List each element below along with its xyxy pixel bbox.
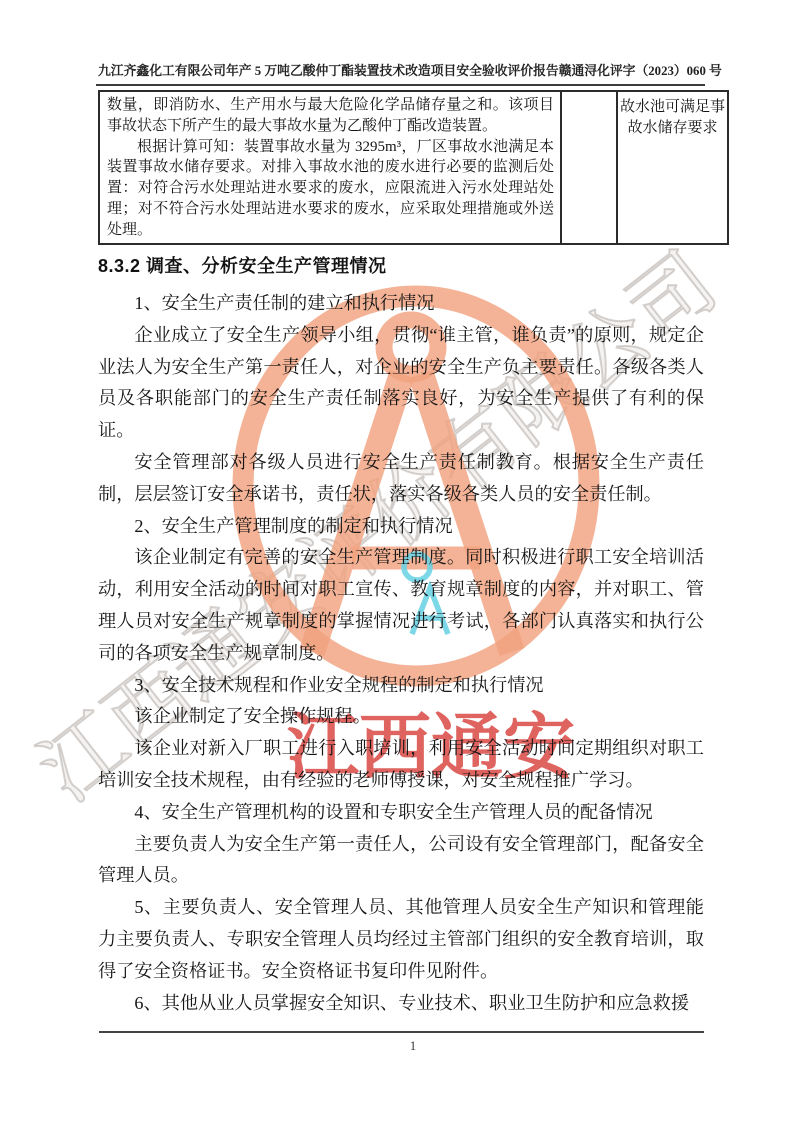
table-text-cell: 数量，即消防水、生产用水与最大危险化学品储存量之和。该项目事故状态下所产生的最大… <box>99 91 561 244</box>
section-heading: 8.3.2 调查、分析安全生产管理情况 <box>98 252 704 278</box>
body-paragraph: 4、安全生产管理机构的设置和专职安全生产管理人员的配备情况 <box>98 797 704 829</box>
body-paragraph: 该企业对新入厂职工进行入职培训，利用安全活动时间定期组织对职工培训安全技术规程，… <box>98 733 704 797</box>
body-text: 1、安全生产责任制的建立和执行情况 企业成立了安全生产领导小组，贯彻“谁主管，谁… <box>98 288 704 1019</box>
table-paragraph: 根据计算可知：装置事故水量为 3295m³，厂区事故水池满足本装置事故水储存要求… <box>107 137 554 241</box>
page-header: 九江齐鑫化工有限公司年产 5 万吨乙酸仲丁酯装置技术改造项目安全验收评价报告 赣… <box>98 60 704 79</box>
body-paragraph: 1、安全生产责任制的建立和执行情况 <box>98 288 704 320</box>
body-paragraph: 5、主要负责人、安全管理人员、其他管理人员安全生产知识和管理能力主要负责人、专职… <box>98 892 704 987</box>
table-conclusion-cell: 故水池可满足事故水储存要求 <box>617 91 728 244</box>
table-row: 数量，即消防水、生产用水与最大危险化学品储存量之和。该项目事故状态下所产生的最大… <box>99 91 728 244</box>
continuation-table: 数量，即消防水、生产用水与最大危险化学品储存量之和。该项目事故状态下所产生的最大… <box>98 90 729 245</box>
document-page: 江西通安评价有限公司 江西通安 九江齐鑫化工有限公司年产 5 万吨乙酸仲丁酯装置… <box>0 0 800 1131</box>
page-content: 九江齐鑫化工有限公司年产 5 万吨乙酸仲丁酯装置技术改造项目安全验收评价报告 赣… <box>0 0 800 1131</box>
body-paragraph: 2、安全生产管理制度的制定和执行情况 <box>98 511 704 543</box>
body-paragraph: 该企业制定有完善的安全生产管理制度。同时积极进行职工安全培训活动，利用安全活动的… <box>98 542 704 669</box>
footer-rule <box>99 1031 704 1033</box>
table-paragraph: 数量，即消防水、生产用水与最大危险化学品储存量之和。该项目事故状态下所产生的最大… <box>107 95 554 137</box>
page-number: 1 <box>98 1039 728 1054</box>
header-rule <box>96 84 705 86</box>
body-paragraph: 该企业制定了安全操作规程。 <box>98 701 704 733</box>
header-doc-number: 赣通浔化评字（2023）060 号 <box>559 60 722 79</box>
body-paragraph: 6、其他从业人员掌握安全知识、专业技术、职业卫生防护和应急救援 <box>98 988 704 1020</box>
table-empty-cell <box>561 91 617 244</box>
body-paragraph: 3、安全技术规程和作业安全规程的制定和执行情况 <box>98 670 704 702</box>
body-paragraph: 安全管理部对各级人员进行安全生产责任制教育。根据安全生产责任制，层层签订安全承诺… <box>98 447 704 511</box>
body-paragraph: 主要负责人为安全生产第一责任人，公司设有安全管理部门，配备安全管理人员。 <box>98 829 704 893</box>
header-title: 九江齐鑫化工有限公司年产 5 万吨乙酸仲丁酯装置技术改造项目安全验收评价报告 <box>98 60 559 79</box>
body-paragraph: 企业成立了安全生产领导小组，贯彻“谁主管，谁负责”的原则，规定企业法人为安全生产… <box>98 320 704 447</box>
